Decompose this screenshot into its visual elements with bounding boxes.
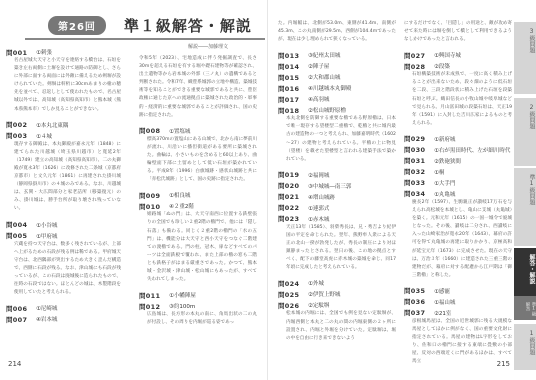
question-number: 問019 <box>278 170 308 179</box>
question-number: 問023 <box>278 214 308 223</box>
section-tab-5[interactable]: 1級問題 <box>514 324 536 370</box>
question-row: 問010④２重2階 <box>139 201 257 211</box>
question-number: 問002 <box>6 120 36 129</box>
column-1: 問001①刺張名古屋城大天守と小天守を連絡する橋台は、石垣を築き左右両側に土塀を… <box>6 46 121 324</box>
question-number: 問003 <box>6 131 36 140</box>
answer: ③紀州太田城 <box>308 51 340 59</box>
question-row: 問032①桐 <box>404 167 512 177</box>
answer: ②福岡城 <box>308 171 329 179</box>
question-row: 問008①置塩城 <box>139 126 257 136</box>
question-number: 問004 <box>6 220 36 229</box>
answer: ①本丸北東隅 <box>36 121 68 129</box>
question-row: 問005①甲府城 <box>6 231 121 241</box>
question-number: 問037 <box>404 308 434 317</box>
section-tab-2[interactable]: 準1級問題 <box>514 168 536 246</box>
question-row: 問012③約100m <box>139 301 257 311</box>
section-tab-1[interactable]: 2級問題 <box>514 98 536 166</box>
answer: ②段築 <box>434 62 450 70</box>
question-number: 問035 <box>404 286 434 295</box>
question-row: 問003①４城 <box>6 131 121 141</box>
question-row: 問020③中城城―南三郭 <box>278 181 396 191</box>
answer: ②鉄砲狭間 <box>434 157 461 165</box>
question-row: 問037②21室 <box>404 308 512 318</box>
question-row: 問028②段築 <box>404 61 512 71</box>
question-row: 問013③紀州太田城 <box>278 50 396 60</box>
answer: ②陣子屋 <box>308 62 329 70</box>
answer: ①感寵 <box>434 287 450 295</box>
explanation-text: 慶長2年（1597）、生駒親正が讃岐17万石を与えられ高松城を本城とし、亀山に支… <box>404 199 512 280</box>
answer: ①小谷城 <box>36 221 57 229</box>
question-number: 問030 <box>404 145 434 154</box>
question-row: 問025②伊賀上野城 <box>278 289 396 299</box>
question-number: 問012 <box>139 302 169 311</box>
question-number: 問025 <box>278 290 308 299</box>
explanation-text: 穴蔵を持つ天守台は、数多く残されているが、上部へ上がるための石段が残る例は稀であ… <box>6 241 121 298</box>
answer: ①桐 <box>434 168 444 176</box>
answer: ①興国寺城 <box>434 51 461 59</box>
answer: ①右が黒田時代、左が細川時代 <box>434 146 510 154</box>
question-number: 問006 <box>6 304 36 313</box>
explanation-text: 現存する御殿は、本丸御殿が嘉永元年（1848）に建てられた川越城（埼玉県川越市）… <box>6 141 121 214</box>
question-number: 問036 <box>404 297 434 306</box>
answer: ①連郭式 <box>308 204 329 212</box>
explanation-text: 名古屋城大天守と小天守を連絡する橋台は、石垣を築き左右両側に土塀を設けて通路の防… <box>6 57 121 114</box>
question-row: 問026②定駄塀 <box>278 300 396 310</box>
answer: ②21室 <box>434 309 451 317</box>
right-page: た。内堀幅は、北側が53.0m、東側が41.4m、南側が45.3m、この丸南側が… <box>268 0 536 380</box>
question-number: 問033 <box>404 178 434 187</box>
explanation-text: 標高370mの置塩山にある山城で、北から南に夢前川が流れ、川沿いに播但街道がある… <box>139 136 257 185</box>
question-row: 問004①小谷城 <box>6 220 121 230</box>
question-row: 問021④増山城跡 <box>278 192 396 202</box>
question-number: 問020 <box>278 181 308 190</box>
continued-text: 令和5年（2023）、宅地造成に伴う発掘調査で、長さ30mを超える石垣を有する堀… <box>139 55 257 120</box>
question-row: 問019②福岡城 <box>278 170 396 180</box>
question-number: 問005 <box>6 231 36 240</box>
answer: ③中城城―南三郭 <box>308 182 351 190</box>
question-row: 問002①本丸北東隅 <box>6 120 121 130</box>
answer: ④高羽城 <box>308 95 329 103</box>
question-row: 問001①刺張 <box>6 47 121 57</box>
answer: ④川越城本丸御殿 <box>308 84 351 92</box>
chapter-header: 第26回 準１級解答・解説 <box>48 15 252 35</box>
answer: ④増山城跡 <box>308 193 335 201</box>
question-row: 問030①右が黒田時代、左が細川時代 <box>404 145 512 155</box>
question-number: 問026 <box>278 301 308 310</box>
page-number-right: 215 <box>497 360 510 368</box>
answer: ②伊賀上野城 <box>308 290 340 298</box>
explanation-text: 姫路城「ぬの門」は、大天守南西に位置する鉄壁張りの全国でも珍しい２重2階の櫓門で… <box>139 211 257 284</box>
left-page: 第26回 準１級解答・解説 解説――加藤理文 問001①刺張名古屋城大天守と小天… <box>0 0 268 380</box>
question-row: 問014②陣子屋 <box>278 61 396 71</box>
column-2: 令和5年（2023）、宅地造成に伴う発掘調査で、長さ30mを超える石垣を有する堀… <box>139 55 257 333</box>
explanation-text: 広島城は、長方形の本丸の南に、角馬出状の二の丸が付設し、その周りを内堀が巡る姿で… <box>139 311 257 327</box>
question-row: 問017④高羽城 <box>278 94 396 104</box>
question-number: 問034 <box>404 189 434 198</box>
question-row: 問007④岩本城 <box>6 314 121 324</box>
question-number: 問010 <box>139 202 169 211</box>
page-number-left: 214 <box>8 360 21 368</box>
answer: ①４城 <box>36 132 52 140</box>
question-number: 問029 <box>404 134 434 143</box>
question-row: 問009①相良城 <box>139 190 257 200</box>
explanation-text: 松本城の内堀には、全国でも例を見ない定駄塀が、内堀西側と本丸と二の丸の間の内堀東… <box>278 310 396 342</box>
author-credit: 解説――加藤理文 <box>188 43 228 50</box>
answer: ①丸亀城 <box>434 190 455 198</box>
question-number: 問001 <box>6 48 36 57</box>
section-tab-0[interactable]: 3級問題 <box>514 22 536 94</box>
answer: ②松山城野原櫓 <box>308 106 346 114</box>
question-row: 問006①尼崎城 <box>6 303 121 313</box>
answer: ①刺張 <box>36 48 52 56</box>
answer: ③約100m <box>169 302 195 310</box>
continued-text: た。内堀幅は、北側が53.0m、東側が41.4m、南側が45.3m、この丸南側が… <box>278 20 396 44</box>
question-number: 問014 <box>278 62 308 71</box>
question-number: 問009 <box>139 191 169 200</box>
question-row: 問022①連郭式 <box>278 203 396 213</box>
question-number: 問022 <box>278 203 308 212</box>
explanation-text: 天正13年（1585）、羽柴秀長は、兄・秀吉より紀伊国の平定を命じられた。翌年、… <box>278 224 396 273</box>
question-row: 問011①小幡陣屋 <box>139 290 257 300</box>
question-row: 問036①福山城 <box>404 297 512 307</box>
answer: ①相良城 <box>169 191 190 199</box>
answer: ①尼崎城 <box>36 304 57 312</box>
answer: ④２重2階 <box>169 202 194 210</box>
answer: ①福山城 <box>434 298 455 306</box>
question-number: 問013 <box>278 51 308 60</box>
question-row: 問034①丸亀城 <box>404 189 512 199</box>
column-4: にするだけでなく、「目隠し」の用途と、敵が攻め寄せて来た時には塀を倒して橋として… <box>404 20 512 372</box>
question-number: 問015 <box>278 73 308 82</box>
column-3: た。内堀幅は、北側が53.0m、東側が41.4m、南側が45.3m、この丸南側が… <box>278 20 396 349</box>
section-tab-3[interactable]: 解答・解説 <box>514 248 536 296</box>
question-row: 問035①感寵 <box>404 286 512 296</box>
answer: ①小幡陣屋 <box>169 291 196 299</box>
answer: ②定駄塀 <box>308 301 329 309</box>
answer: ①赤木城 <box>308 215 329 223</box>
question-row: 問029①新府城 <box>404 134 512 144</box>
question-row: 問018②松山城野原櫓 <box>278 105 396 115</box>
answer: ①大手門 <box>434 179 455 187</box>
explanation-text: 本丸北側を防御する重要な櫓である野原櫓は、日本で唯一現存する望楼型二重櫓で、乾櫓… <box>278 115 396 164</box>
question-row: 問015②大和郡山城 <box>278 72 396 82</box>
question-row: 問027①興国寺城 <box>404 50 512 60</box>
section-tab-4[interactable]: 準1級解答 <box>514 296 536 320</box>
header-divider <box>25 38 265 40</box>
question-number: 問017 <box>278 95 308 104</box>
page-title: 準１級解答・解説 <box>124 15 252 36</box>
question-row: 問031②鉄砲狭間 <box>404 156 512 166</box>
question-number: 問018 <box>278 106 308 115</box>
question-number: 問008 <box>139 126 169 135</box>
question-number: 問032 <box>404 167 434 176</box>
question-row: 問024①外城 <box>278 278 396 288</box>
question-number: 問024 <box>278 279 308 288</box>
answer: ④岩本城 <box>36 315 57 323</box>
question-row: 問023①赤木城 <box>278 214 396 224</box>
answer: ①新府城 <box>434 135 455 143</box>
question-number: 問011 <box>139 291 169 300</box>
question-row: 問033①大手門 <box>404 178 512 188</box>
question-number: 問028 <box>404 62 434 71</box>
answer: ①置塩城 <box>169 127 190 135</box>
question-number: 問031 <box>404 156 434 165</box>
answer: ①甲府城 <box>36 232 57 240</box>
answer: ②大和郡山城 <box>308 73 340 81</box>
question-number: 問007 <box>6 315 36 324</box>
explanation-text: 石垣構築技術が未成熟で、一度に高く積み上げることが出来ないため、段々畑のように低… <box>404 71 512 128</box>
round-badge: 第26回 <box>48 16 106 35</box>
question-number: 問027 <box>404 51 434 60</box>
continued-text: にするだけでなく、「目隠し」の用途と、敵が攻め寄せて来た時には塀を倒して橋として… <box>404 20 512 44</box>
question-row: 問016④川越城本丸御殿 <box>278 83 396 93</box>
question-number: 問016 <box>278 84 308 93</box>
question-number: 問021 <box>278 192 308 201</box>
answer: ①外城 <box>308 279 324 287</box>
